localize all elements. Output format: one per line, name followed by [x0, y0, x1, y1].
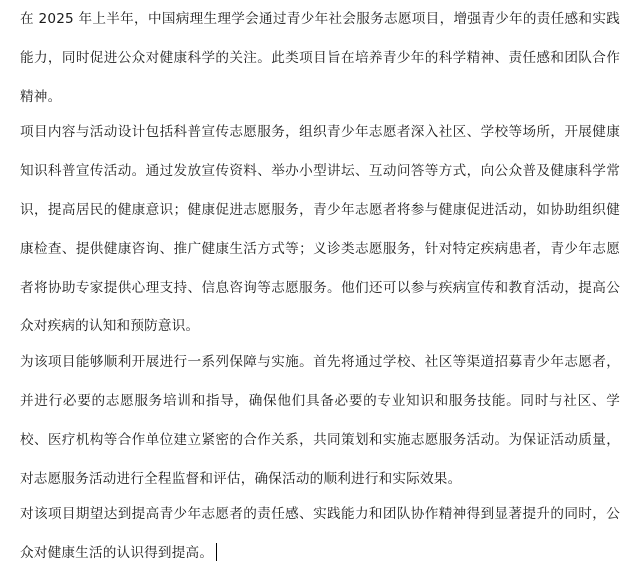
paragraph-implementation[interactable]: 为该项目能够顺利开展进行一系列保障与实施。首先将通过学校、社区等渠道招募青少年志…	[20, 343, 620, 498]
paragraph-intro[interactable]: 在 2025 年上半年，中国病理生理学会通过青少年社会服务志愿项目，增强青少年的…	[20, 0, 620, 116]
paragraph-expectations[interactable]: 对该项目期望达到提高青少年志愿者的责任感、实践能力和团队协作精神得到显著提升的同…	[20, 495, 620, 573]
paragraph-content-design[interactable]: 项目内容与活动设计包括科普宣传志愿服务，组织青少年志愿者深入社区、学校等场所，开…	[20, 113, 620, 346]
text-cursor	[216, 543, 217, 561]
document-body[interactable]: 在 2025 年上半年，中国病理生理学会通过青少年社会服务志愿项目，增强青少年的…	[20, 0, 620, 573]
paragraph-expectations-text: 对该项目期望达到提高青少年志愿者的责任感、实践能力和团队协作精神得到显著提升的同…	[20, 506, 620, 561]
